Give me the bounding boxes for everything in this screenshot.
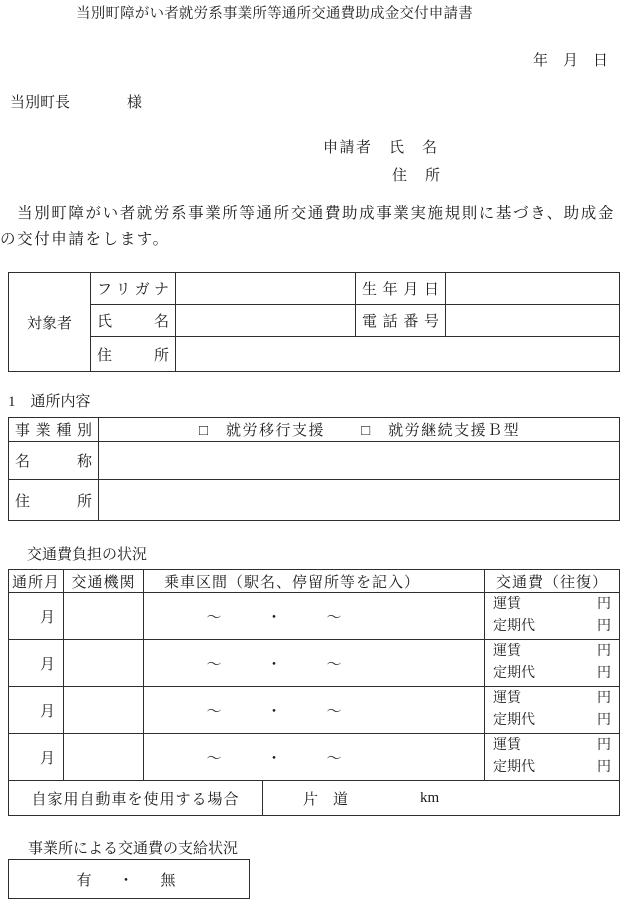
birthdate-input-cell[interactable] bbox=[446, 273, 619, 305]
month-cell[interactable]: 月 bbox=[9, 640, 64, 687]
facility-name-label: 名称 bbox=[15, 450, 92, 471]
applicant-block: 申請者 氏 名 住 所 bbox=[323, 134, 442, 190]
provision-options-box[interactable]: 有 ・ 無 bbox=[8, 859, 250, 899]
km-unit: km bbox=[420, 790, 439, 807]
furigana-input-cell[interactable] bbox=[176, 273, 356, 305]
private-car-row: 自家用自動車を使用する場合 片 道 km bbox=[9, 781, 619, 815]
name-input-cell[interactable] bbox=[176, 305, 356, 337]
yen-unit: 円 bbox=[597, 689, 611, 709]
name-label-cell: 氏名 bbox=[91, 305, 176, 337]
header-month: 通所月 bbox=[9, 570, 64, 593]
one-way-label: 片 道 bbox=[303, 788, 348, 809]
month-cell[interactable]: 月 bbox=[9, 687, 64, 734]
header-fare: 交通費（往復） bbox=[485, 570, 619, 593]
fare-cell[interactable]: 運賃円 定期代円 bbox=[485, 640, 619, 687]
route-cell[interactable]: ～ ・ ～ bbox=[144, 734, 485, 781]
facility-name-label-cell: 名称 bbox=[9, 442, 99, 480]
transport-row-4: 月 ～ ・ ～ 運賃円 定期代円 bbox=[9, 734, 619, 781]
furigana-label: フリガナ bbox=[97, 278, 169, 299]
phone-input-cell[interactable] bbox=[446, 305, 619, 337]
address-input-cell[interactable] bbox=[176, 337, 619, 371]
birthdate-label: 生年月日 bbox=[362, 278, 439, 299]
yen-unit: 円 bbox=[597, 736, 611, 756]
route-cell[interactable]: ～ ・ ～ bbox=[144, 593, 485, 640]
applicant-address-line: 住 所 bbox=[392, 162, 442, 190]
birthdate-label-cell: 生年月日 bbox=[356, 273, 446, 305]
facility-address-input-cell[interactable] bbox=[99, 480, 619, 520]
header-mode: 交通機関 bbox=[64, 570, 144, 593]
facility-name-input-cell[interactable] bbox=[99, 442, 619, 480]
fare-cell[interactable]: 運賃円 定期代円 bbox=[485, 734, 619, 781]
business-type-options-cell: □ 就労移行支援 □ 就労継続支援Ｂ型 bbox=[99, 418, 619, 442]
mode-cell[interactable] bbox=[64, 687, 144, 734]
month-cell[interactable]: 月 bbox=[9, 734, 64, 781]
yen-unit: 円 bbox=[597, 711, 611, 731]
pass-label: 定期代 bbox=[493, 758, 535, 778]
month-cell[interactable]: 月 bbox=[9, 593, 64, 640]
yen-unit: 円 bbox=[597, 758, 611, 778]
transport-heading: 交通費負担の状況 bbox=[27, 543, 147, 564]
header-route: 乗車区間（駅名、停留所等を記入） bbox=[144, 570, 485, 593]
yen-unit: 円 bbox=[597, 595, 611, 615]
body-line-2: の交付申請をします。 bbox=[0, 227, 622, 253]
target-person-table: 対象者 フリガナ 生年月日 氏名 電話番号 住所 bbox=[8, 272, 620, 372]
phone-label: 電話番号 bbox=[362, 310, 439, 331]
facility-address-label: 住所 bbox=[15, 490, 92, 511]
date-line: 年 月 日 bbox=[533, 49, 608, 70]
section1-heading: 1 通所内容 bbox=[8, 390, 91, 411]
yes-no-options[interactable]: 有 ・ 無 bbox=[76, 869, 181, 890]
yen-unit: 円 bbox=[597, 664, 611, 684]
address-label-cell: 住所 bbox=[91, 337, 176, 371]
applicant-name-line: 申請者 氏 名 bbox=[323, 134, 442, 162]
yen-unit: 円 bbox=[597, 617, 611, 637]
application-form-page: 当別町障がい者就労系事業所等通所交通費助成金交付申請書 年 月 日 当別町長 様… bbox=[0, 0, 628, 903]
addressee-line: 当別町長 様 bbox=[10, 91, 142, 112]
fare-cell[interactable]: 運賃円 定期代円 bbox=[485, 593, 619, 640]
address-label: 住所 bbox=[97, 344, 169, 365]
mode-cell[interactable] bbox=[64, 734, 144, 781]
form-title: 当別町障がい者就労系事業所等通所交通費助成金交付申請書 bbox=[76, 2, 473, 23]
business-type-label: 事業種別 bbox=[15, 419, 92, 440]
checkbox-employment-transition-support[interactable]: □ 就労移行支援 bbox=[199, 419, 325, 440]
route-cell[interactable]: ～ ・ ～ bbox=[144, 687, 485, 734]
body-paragraph: 当別町障がい者就労系事業所等通所交通費助成事業実施規則に基づき、助成金 の交付申… bbox=[0, 201, 622, 252]
fare-label: 運賃 bbox=[493, 595, 521, 615]
private-car-distance-cell[interactable]: 片 道 km bbox=[263, 781, 619, 815]
transport-row-2: 月 ～ ・ ～ 運賃円 定期代円 bbox=[9, 640, 619, 687]
pass-label: 定期代 bbox=[493, 711, 535, 731]
pass-label: 定期代 bbox=[493, 664, 535, 684]
private-car-label: 自家用自動車を使用する場合 bbox=[9, 781, 263, 815]
phone-label-cell: 電話番号 bbox=[356, 305, 446, 337]
fare-cell[interactable]: 運賃円 定期代円 bbox=[485, 687, 619, 734]
facility-table: 事業種別 □ 就労移行支援 □ 就労継続支援Ｂ型 名称 住所 bbox=[8, 417, 620, 521]
checkbox-continuous-employment-support-b[interactable]: □ 就労継続支援Ｂ型 bbox=[361, 419, 520, 440]
provision-heading: 事業所による交通費の支給状況 bbox=[28, 837, 238, 858]
target-person-group-label: 対象者 bbox=[9, 273, 91, 371]
transport-row-1: 月 ～ ・ ～ 運賃円 定期代円 bbox=[9, 593, 619, 640]
transport-cost-table: 通所月 交通機関 乗車区間（駅名、停留所等を記入） 交通費（往復） 月 ～ ・ … bbox=[8, 569, 620, 816]
fare-label: 運賃 bbox=[493, 689, 521, 709]
fare-label: 運賃 bbox=[493, 642, 521, 662]
fare-label: 運賃 bbox=[493, 736, 521, 756]
transport-row-3: 月 ～ ・ ～ 運賃円 定期代円 bbox=[9, 687, 619, 734]
pass-label: 定期代 bbox=[493, 617, 535, 637]
mode-cell[interactable] bbox=[64, 593, 144, 640]
facility-address-label-cell: 住所 bbox=[9, 480, 99, 520]
body-line-1: 当別町障がい者就労系事業所等通所交通費助成事業実施規則に基づき、助成金 bbox=[0, 201, 622, 227]
business-type-label-cell: 事業種別 bbox=[9, 418, 99, 442]
transport-header-row: 通所月 交通機関 乗車区間（駅名、停留所等を記入） 交通費（往復） bbox=[9, 570, 619, 593]
furigana-label-cell: フリガナ bbox=[91, 273, 176, 305]
addressee-name: 当別町長 bbox=[10, 91, 70, 112]
mode-cell[interactable] bbox=[64, 640, 144, 687]
yen-unit: 円 bbox=[597, 642, 611, 662]
name-label: 氏名 bbox=[97, 310, 169, 331]
addressee-honorific: 様 bbox=[127, 91, 142, 112]
route-cell[interactable]: ～ ・ ～ bbox=[144, 640, 485, 687]
